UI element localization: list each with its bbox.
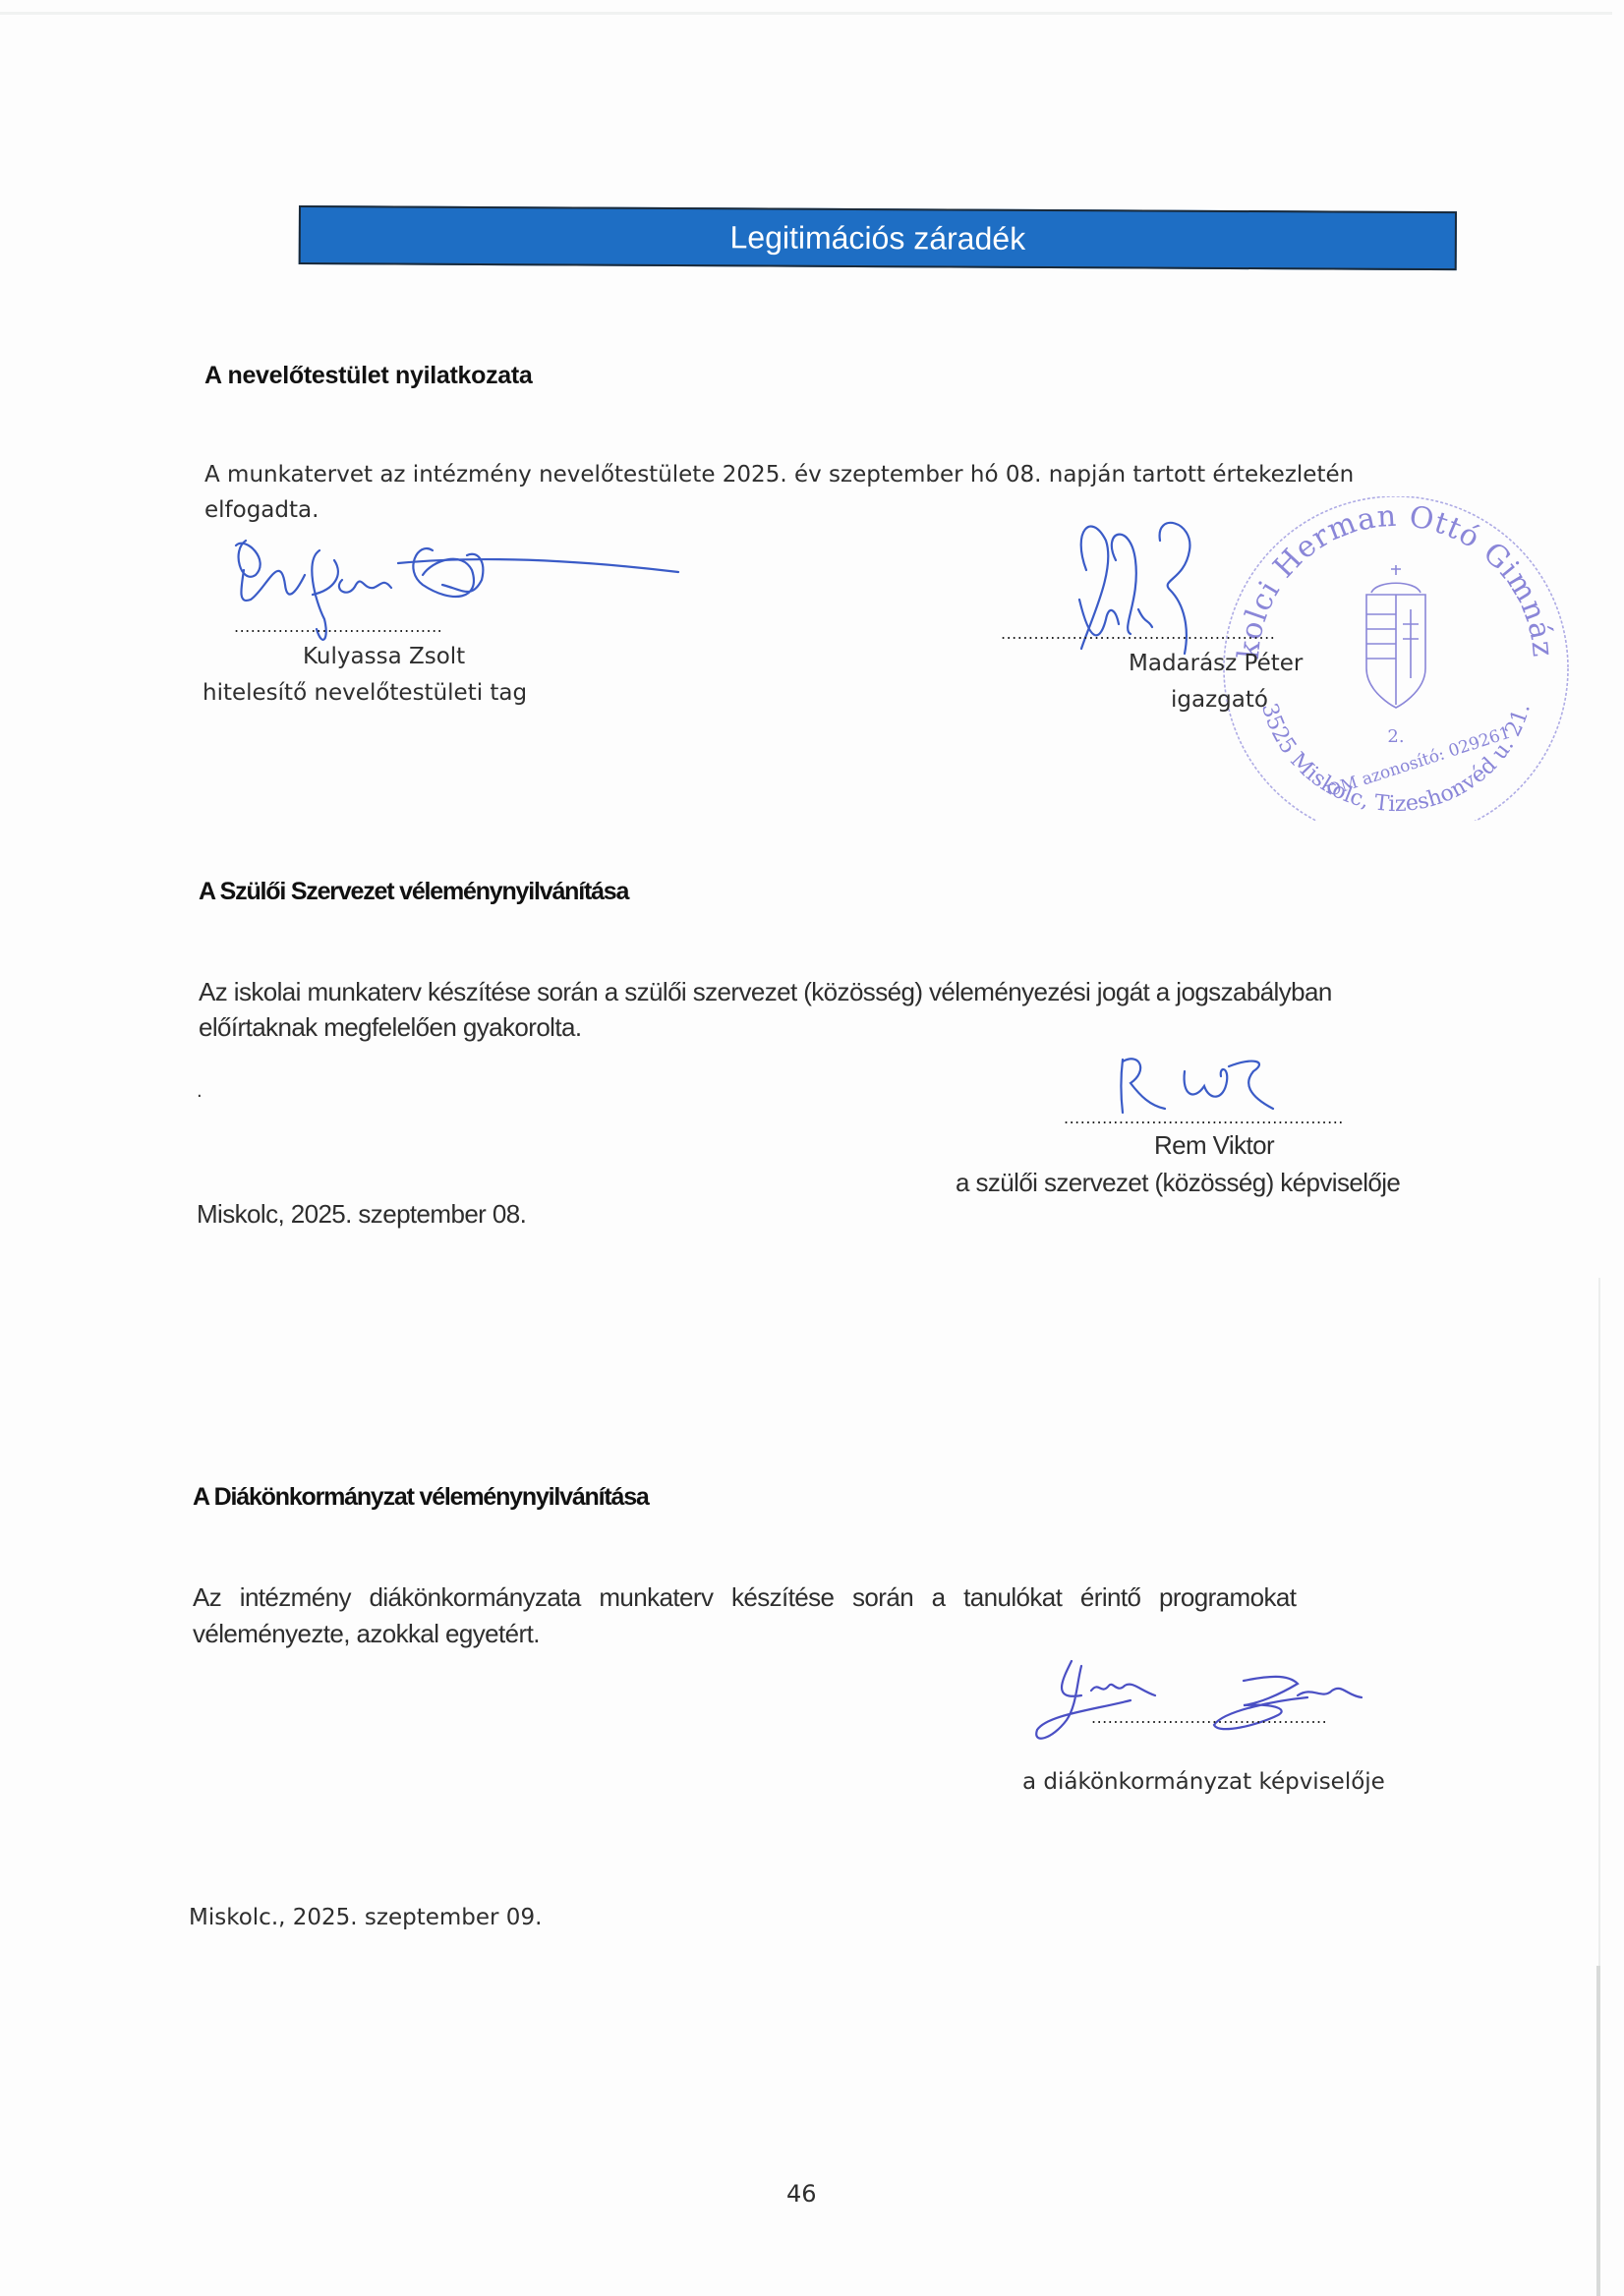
scan-edge-top [0, 12, 1612, 15]
section-heading-parents: A Szülői Szervezet véleménynyilvánítása [199, 878, 628, 906]
page-title: Legitimációs záradék [729, 219, 1025, 258]
section-body-parents-line2: előírtaknak megfelelően gyakorolta. [199, 1012, 581, 1043]
signature-line-kulyassa: ...................................... [234, 617, 442, 636]
signatory-role-madarasz: igazgató [1171, 687, 1268, 713]
section-body-teachers-line1: A munkatervet az intézmény nevelőtestüle… [204, 462, 1354, 488]
signature-line-student-rep: ........................................… [1091, 1708, 1327, 1727]
stray-mark: . [197, 1081, 203, 1102]
stamp-number: 2. [1387, 726, 1404, 747]
place-date-parents: Miskolc, 2025. szeptember 08. [197, 1199, 526, 1230]
section-body-parents-line1: Az iskolai munkaterv készítése során a s… [199, 977, 1332, 1007]
section-body-students-line1: Az intézmény diákönkormányzata munkaterv… [193, 1582, 1296, 1613]
signatory-role-rem: a szülői szervezet (közösség) képviselőj… [956, 1168, 1400, 1198]
signature-student-rep [1022, 1656, 1376, 1750]
coat-of-arms-icon [1366, 565, 1425, 708]
scan-edge-right-faint [1598, 1278, 1600, 1966]
place-date-students: Miskolc., 2025. szeptember 09. [189, 1905, 542, 1930]
scan-edge-right [1596, 1966, 1600, 2296]
title-banner: Legitimációs záradék [299, 205, 1457, 270]
signatory-role-student-rep: a diákönkormányzat képviselője [1022, 1769, 1385, 1795]
section-body-teachers-line2: elfogadta. [204, 497, 319, 523]
page-number: 46 [786, 2180, 817, 2208]
section-heading-students: A Diákönkormányzat véleménynyilvánítása [193, 1483, 649, 1512]
signatory-name-rem: Rem Viktor [1032, 1130, 1396, 1161]
signature-line-rem: ........................................… [1064, 1109, 1344, 1127]
signature-line-madarasz: ........................................… [1001, 624, 1275, 643]
section-heading-teachers: A nevelőtestület nyilatkozata [204, 362, 533, 390]
signatory-role-kulyassa: hitelesítő nevelőtestületi tag [203, 680, 527, 706]
signatory-name-kulyassa: Kulyassa Zsolt [303, 644, 465, 669]
signatory-name-madarasz: Madarász Péter [1129, 651, 1303, 676]
section-body-students-line2: véleményezte, azokkal egyetért. [193, 1619, 540, 1649]
